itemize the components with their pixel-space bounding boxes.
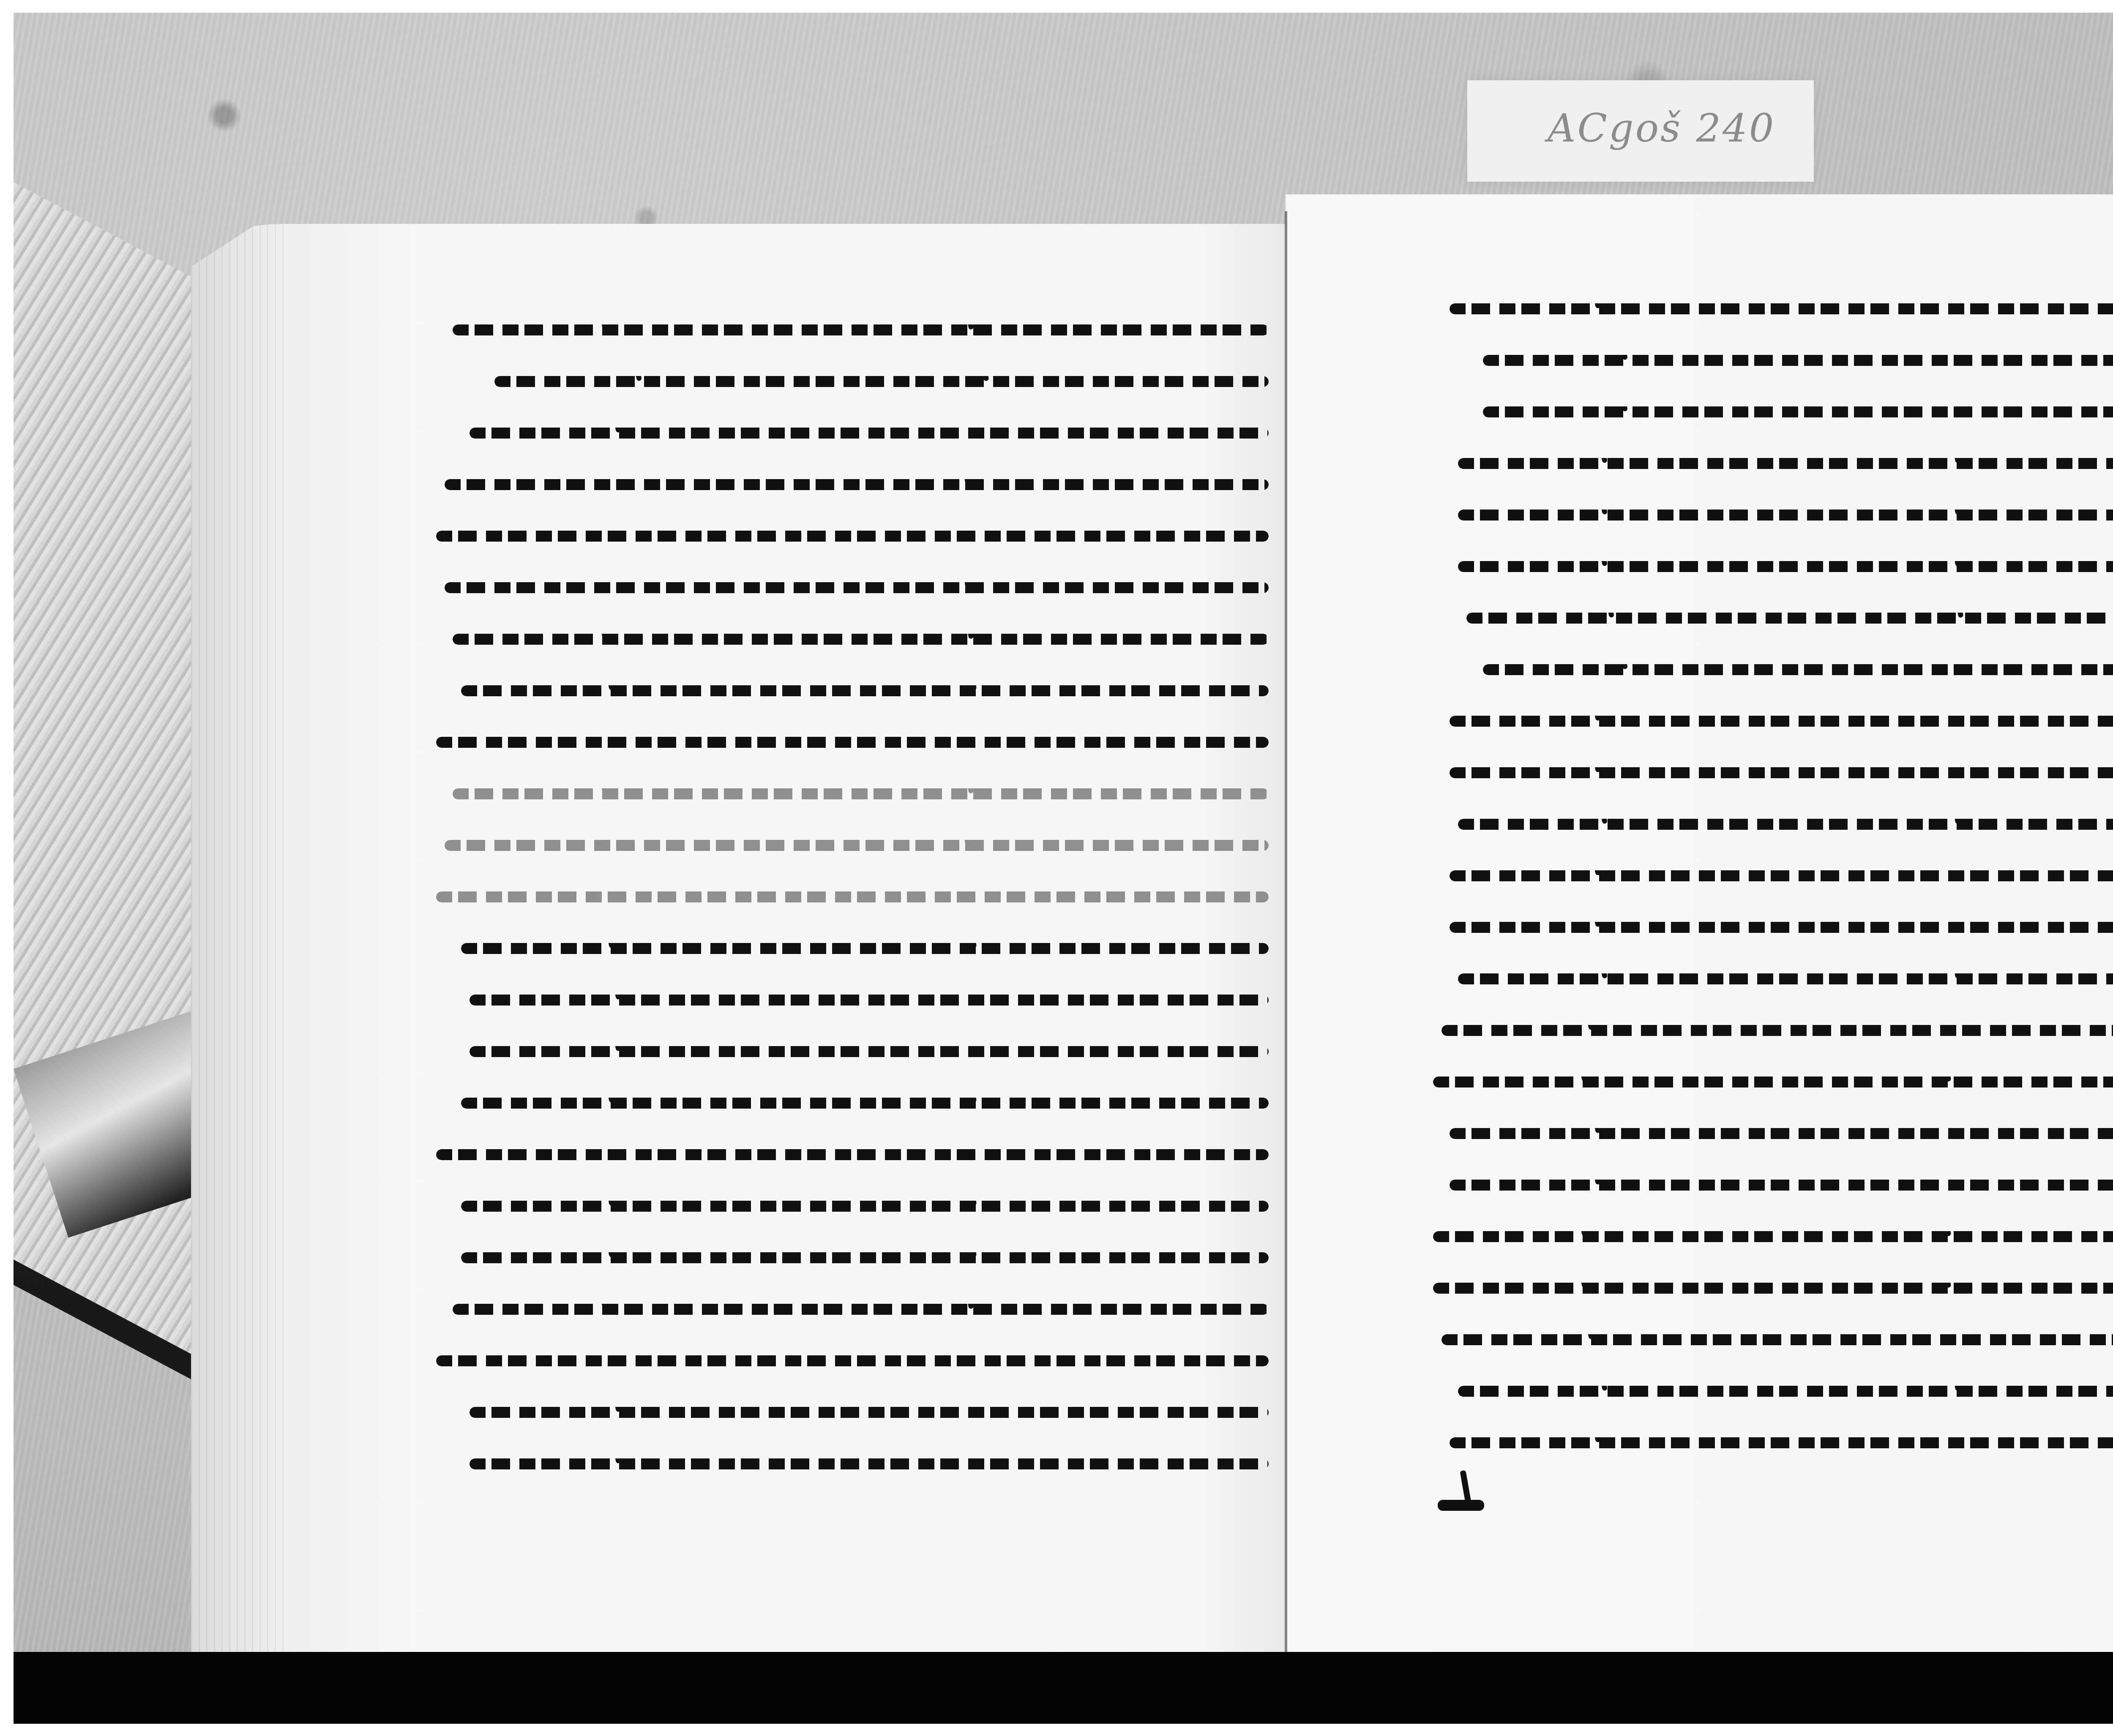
handwriting-line — [453, 1304, 1269, 1315]
handwriting-line — [436, 1355, 1269, 1366]
right-page-line — [1417, 386, 2113, 438]
handwriting-line — [461, 1252, 1269, 1263]
left-page-line — [436, 304, 1269, 356]
handwriting-line — [1450, 716, 2113, 727]
left-page-line — [436, 1077, 1269, 1129]
left-page-line — [436, 1026, 1269, 1077]
right-page-line — [1417, 592, 2113, 644]
right-page-text-block — [1417, 283, 2113, 1469]
handwriting-line — [436, 737, 1269, 748]
handwriting-line — [1433, 1231, 2113, 1242]
right-page-line — [1417, 1262, 2113, 1314]
handwriting-line — [1483, 406, 2113, 417]
handwriting-line — [470, 995, 1269, 1006]
right-page-line — [1417, 644, 2113, 695]
handwriting-line — [1450, 870, 2113, 881]
handwriting-line — [1441, 1025, 2113, 1036]
left-page-line — [436, 923, 1269, 974]
left-page-line — [436, 820, 1269, 871]
left-page-line — [436, 974, 1269, 1026]
left-page-line — [436, 768, 1269, 820]
right-page-line — [1417, 1211, 2113, 1262]
handwriting-line — [445, 582, 1269, 593]
handwriting-line — [470, 428, 1269, 439]
right-page-line — [1417, 438, 2113, 489]
handwriting-line — [1433, 1283, 2113, 1294]
left-page-line — [436, 407, 1269, 459]
left-page-text-block — [436, 304, 1269, 1490]
left-page-line — [436, 459, 1269, 510]
right-page-line — [1417, 953, 2113, 1005]
gutter-fold — [1285, 211, 1287, 1652]
left-page-line — [436, 613, 1269, 665]
left-page-line — [436, 510, 1269, 562]
handwriting-line — [453, 634, 1269, 645]
handwriting-line — [461, 685, 1269, 696]
handwriting-line — [494, 376, 1269, 387]
right-page-line — [1417, 850, 2113, 902]
rubric-handwriting-line — [453, 788, 1269, 799]
right-page-line — [1417, 1108, 2113, 1159]
handwriting-line — [1450, 303, 2113, 314]
right-page-line — [1417, 1314, 2113, 1365]
handwriting-line — [1458, 510, 2113, 521]
right-page-line — [1417, 335, 2113, 386]
rubric-handwriting-line — [436, 891, 1269, 902]
handwriting-line — [470, 1458, 1269, 1469]
right-page-line — [1417, 541, 2113, 592]
right-page-line — [1417, 489, 2113, 541]
handwriting-line — [1450, 1128, 2113, 1139]
handwriting-line — [1450, 922, 2113, 933]
left-page-line — [436, 871, 1269, 923]
handwriting-line — [470, 1407, 1269, 1418]
handwriting-line — [1458, 561, 2113, 572]
handwriting-line — [453, 324, 1269, 335]
handwriting-line — [436, 531, 1269, 542]
right-page-line — [1417, 799, 2113, 850]
handwriting-line — [1450, 1180, 2113, 1191]
handwriting-line — [1466, 613, 2113, 624]
right-page-line — [1417, 1365, 2113, 1417]
right-page-line — [1417, 1005, 2113, 1056]
right-page-line — [1417, 1417, 2113, 1469]
right-page-line — [1417, 695, 2113, 747]
left-page-line — [436, 1129, 1269, 1180]
bottom-shadow — [14, 1652, 2113, 1724]
handwriting-line — [1450, 767, 2113, 778]
left-page-line — [436, 1438, 1269, 1490]
handwriting-line — [1441, 1334, 2113, 1345]
handwriting-line — [1458, 973, 2113, 984]
left-page-line — [436, 1387, 1269, 1438]
handwriting-line — [1483, 355, 2113, 366]
handwriting-line — [461, 1201, 1269, 1212]
left-page-line — [436, 717, 1269, 768]
left-page-line — [436, 1232, 1269, 1284]
right-page-line — [1417, 747, 2113, 799]
left-page-line — [436, 562, 1269, 613]
right-page-line — [1417, 1056, 2113, 1108]
handwriting-line — [1483, 664, 2113, 675]
handwriting-line — [1458, 458, 2113, 469]
left-page-line — [436, 356, 1269, 407]
left-page-line — [436, 1335, 1269, 1387]
handwriting-line — [461, 1098, 1269, 1109]
handwriting-line — [436, 1149, 1269, 1160]
handwriting-line — [461, 943, 1269, 954]
handwriting-line — [1458, 1386, 2113, 1397]
left-page-line — [436, 1180, 1269, 1232]
right-page-line — [1417, 283, 2113, 335]
catchword — [1438, 1500, 1484, 1511]
handwriting-line — [1458, 819, 2113, 830]
handwriting-line — [1450, 1437, 2113, 1448]
rubric-handwriting-line — [445, 840, 1269, 851]
handwriting-line — [445, 479, 1269, 490]
right-page-line — [1417, 1159, 2113, 1211]
left-page-line — [436, 1284, 1269, 1335]
left-page-line — [436, 665, 1269, 717]
open-manuscript: ܦܒ — [14, 13, 2113, 1724]
right-page-line — [1417, 902, 2113, 953]
handwriting-line — [470, 1046, 1269, 1057]
handwriting-line — [1433, 1076, 2113, 1087]
photograph: ACgoš 240 ܦܒ — [14, 13, 2113, 1724]
